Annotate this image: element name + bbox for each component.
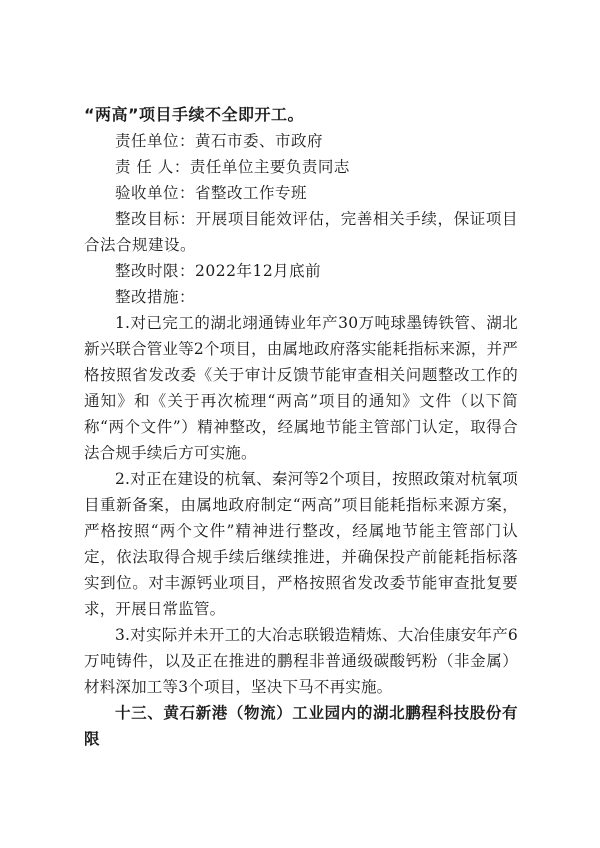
section-heading-continued: “两高”项目手续不全即开工。 <box>84 102 518 128</box>
document-content: “两高”项目手续不全即开工。 责任单位：黄石市委、市政府 责 任 人：责任单位主… <box>84 102 518 752</box>
measure-paragraph-3: 3.对实际并未开工的大冶志联锻造精炼、大冶佳康安年产6万吨铸件，以及正在推进的鹏… <box>84 622 518 700</box>
measure-paragraph-2: 2.对正在建设的杭氧、秦河等2个项目，按照政策对杭氧项目重新备案，由属地政府制定… <box>84 466 518 622</box>
field-label: 整改措施： <box>115 288 195 306</box>
field-label: 整改目标： <box>115 210 196 228</box>
field-value: 省整改工作专班 <box>195 184 307 202</box>
field-label: 责任单位： <box>115 132 195 150</box>
field-value: 黄石市委、市政府 <box>195 132 323 150</box>
field-row-rectification-goal: 整改目标：开展项目能效评估，完善相关手续，保证项目合法合规建设。 <box>84 206 518 258</box>
field-row-rectification-measures: 整改措施： <box>84 284 518 310</box>
field-label: 验收单位： <box>115 184 195 202</box>
field-value: 2022年12月底前 <box>195 262 321 280</box>
field-row-responsible-person: 责 任 人：责任单位主要负责同志 <box>84 154 518 180</box>
field-row-responsible-unit: 责任单位：黄石市委、市政府 <box>84 128 518 154</box>
field-label: 整改时限： <box>115 262 195 280</box>
field-label: 责 任 人： <box>115 158 190 176</box>
measure-paragraph-1: 1.对已完工的湖北翊通铸业年产30万吨球墨铸铁管、湖北新兴联合管业等2个项目，由… <box>84 310 518 466</box>
field-value: 责任单位主要负责同志 <box>190 158 350 176</box>
document-page: “两高”项目手续不全即开工。 责任单位：黄石市委、市政府 责 任 人：责任单位主… <box>0 0 600 848</box>
next-section-heading: 十三、黄石新港（物流）工业园内的湖北鹏程科技股份有限 <box>84 700 518 752</box>
field-row-acceptance-unit: 验收单位：省整改工作专班 <box>84 180 518 206</box>
field-row-rectification-deadline: 整改时限：2022年12月底前 <box>84 258 518 284</box>
